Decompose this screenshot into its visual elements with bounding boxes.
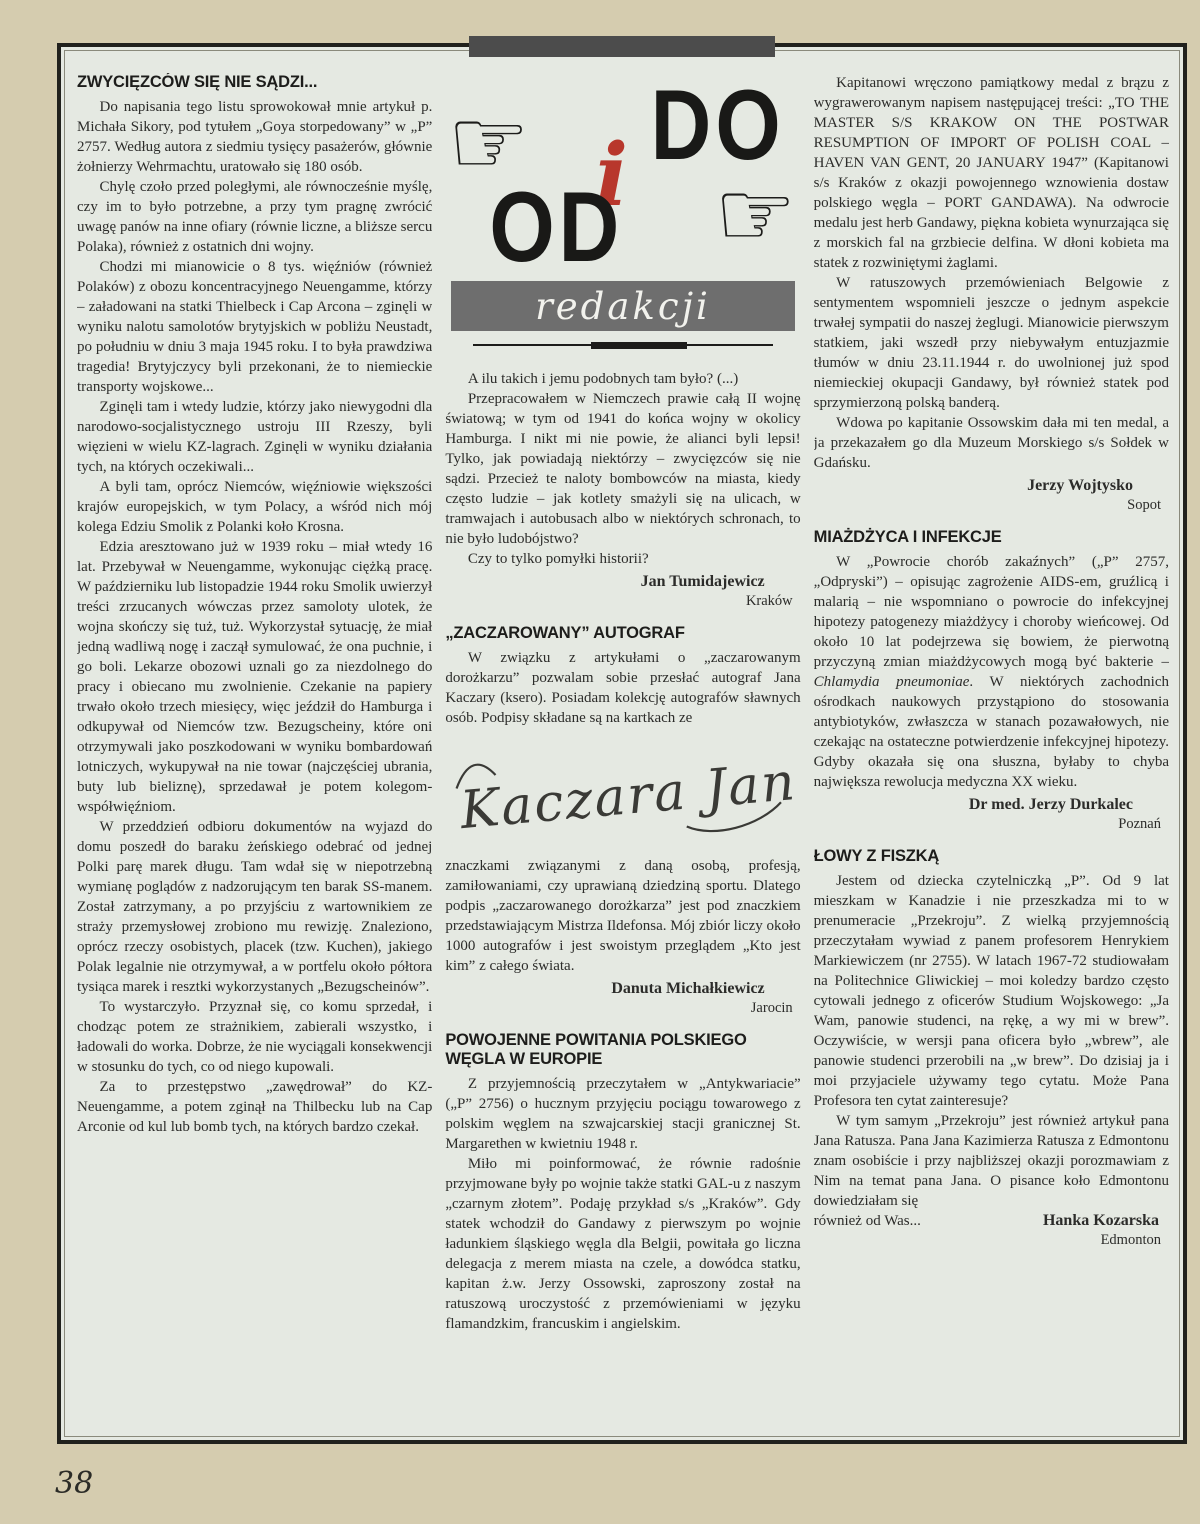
letter-city: Jarocin [445, 999, 792, 1017]
letter-signature: Jerzy Wojtysko [814, 475, 1133, 496]
letter-title-wegiel: POWOJENNE POWITANIA POLSKIEGO WĘGLA W EU… [445, 1031, 800, 1069]
letter-title-zwyciezcow: ZWYCIĘZCÓW SIĘ NIE SĄDZI... [77, 73, 432, 92]
paragraph: Kapitanowi wręczono pamiątkowy medal z b… [814, 73, 1169, 273]
paragraph: W ratuszowych przemówieniach Belgowie z … [814, 273, 1169, 413]
paragraph: W przeddzień odbioru dokumentów na wyjaz… [77, 817, 432, 997]
paragraph-tail: również od Was... [814, 1211, 921, 1231]
paragraph: W związku z artykułami o „zaczarowanym d… [445, 648, 800, 728]
column-right: Kapitanowi wręczono pamiątkowy medal z b… [814, 73, 1169, 1424]
column-middle: ☞ DO i OD ☞ redakcji A ilu takich i jemu… [445, 73, 800, 1424]
paragraph: To wystarczyło. Przyznał się, co komu sp… [77, 997, 432, 1077]
paragraph: znaczkami związanymi z daną osobą, profe… [445, 856, 800, 976]
letter-city: Kraków [445, 592, 792, 610]
paragraph: Edzia aresztowano już w 1939 roku – miał… [77, 537, 432, 817]
masthead-rule [473, 341, 772, 349]
letter-signature: Danuta Michałkiewicz [445, 978, 764, 999]
paragraph: Za to przestępstwo „zawędrował” do KZ-Ne… [77, 1077, 432, 1137]
columns: ZWYCIĘZCÓW SIĘ NIE SĄDZI... Do napisania… [77, 73, 1169, 1424]
autograph-scan: Kaczara Jan [445, 734, 800, 852]
paragraph: Wdowa po kapitanie Ossowskim dała mi ten… [814, 413, 1169, 473]
paragraph-text: . W niektórych zachodnich ośrodkach nauk… [814, 674, 1169, 790]
letter-signature: Jan Tumidajewicz [445, 571, 764, 592]
paragraph: A ilu takich i jemu podobnych tam było? … [445, 369, 800, 389]
page-number: 38 [55, 1466, 1200, 1501]
paragraph: Czy to tylko pomyłki historii? [445, 549, 800, 569]
column-left: ZWYCIĘZCÓW SIĘ NIE SĄDZI... Do napisania… [77, 73, 432, 1424]
latin-species-name: Chlamydia pneumoniae [814, 674, 970, 690]
paragraph: Do napisania tego listu sprowokował mnie… [77, 97, 432, 177]
paragraph: Chodzi mi mianowicie o 8 tys. więźniów (… [77, 257, 432, 397]
masthead-word-do: DO [651, 75, 785, 174]
paragraph: Z przyjemnością przeczytałem w „Antykwar… [445, 1074, 800, 1154]
autograph-script-text: Kaczara Jan [457, 752, 799, 841]
letter-city: Sopot [814, 496, 1161, 514]
redakcji-banner: redakcji [451, 281, 794, 331]
paragraph-text: W „Powrocie chorób zakaźnych” („P” 2757,… [814, 554, 1169, 670]
pointing-hand-right-icon: ☞ [714, 169, 796, 261]
paragraph: Miło mi poinformować, że równie radośnie… [445, 1154, 800, 1334]
letter-title-autograf: „ZACZAROWANY” AUTOGRAF [445, 624, 800, 643]
paragraph: Przepracowałem w Niemczech prawie całą I… [445, 389, 800, 549]
paragraph: A byli tam, oprócz Niemców, więźniowie w… [77, 477, 432, 537]
letter-title-lowy: ŁOWY Z FISZKĄ [814, 847, 1169, 866]
letter-city: Edmonton [814, 1231, 1161, 1249]
letter-title-miazdzyca: MIAŻDŻYCA I INFEKCJE [814, 528, 1169, 547]
magazine-page: ZWYCIĘZCÓW SIĘ NIE SĄDZI... Do napisania… [0, 43, 1200, 1501]
letter-city: Poznań [814, 815, 1161, 833]
paragraph: Chylę czoło przed poległymi, ale równocz… [77, 177, 432, 257]
masthead-word-od: OD [489, 177, 623, 276]
do-i-od-redakcji-masthead: ☞ DO i OD ☞ redakcji [445, 73, 800, 355]
letter-signature: Hanka Kozarska [1043, 1211, 1159, 1231]
masthead-top-bar [469, 36, 775, 57]
paragraph: Zginęli tam i wtedy ludzie, którzy jako … [77, 397, 432, 477]
letter-signature: Dr med. Jerzy Durkalec [814, 794, 1133, 815]
paragraph: W „Powrocie chorób zakaźnych” („P” 2757,… [814, 552, 1169, 792]
redakcji-banner-label: redakcji [535, 285, 711, 328]
paragraph: Jestem od dziecka czytelniczką „P”. Od 9… [814, 871, 1169, 1111]
letters-page-frame: ZWYCIĘZCÓW SIĘ NIE SĄDZI... Do napisania… [57, 43, 1187, 1444]
paragraph: W tym samym „Przekroju” jest również art… [814, 1111, 1169, 1211]
signature-inline-row: również od Was... Hanka Kozarska [814, 1211, 1169, 1231]
